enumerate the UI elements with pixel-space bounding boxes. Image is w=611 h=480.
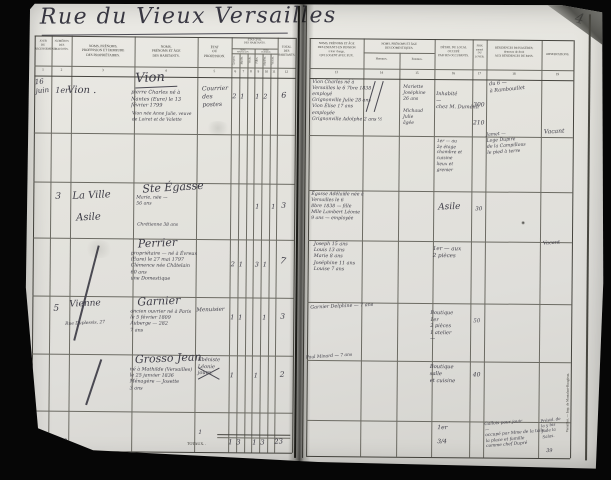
entry-proprietor: Rue Duplessis, 27 [65,320,105,327]
col-header-dom-hommes: Hommes. [364,57,400,61]
totals-sum: 23 [274,437,284,447]
col-header-veuves: Veuves. [271,55,274,67]
count-m: 2 [232,92,236,100]
totals-label: TOTAUX. . [187,441,217,446]
entry-servants-f: Michaud Julie âgée [403,109,423,127]
entry-rent: 210 [473,119,485,127]
grid-line-v [244,53,248,452]
col-header-etat-civil: ÉTAT CIVIL DES HABITANTS. [232,38,278,45]
entry-occupant-name: Perrier [138,236,178,252]
col-number: 17 [472,71,486,76]
ink-flourish [85,359,102,405]
count-f: 1 [255,202,259,210]
count-m: 1 [240,92,244,100]
col-number: 14 [363,70,399,75]
count-total: 3 [281,201,286,211]
entry-proprietor: Asile [76,210,101,224]
col-header-profession: ÉTAT OU PROFESSION. [198,45,232,59]
count-f: 1 [254,371,258,379]
entry-occupant-name: Vion [135,70,165,88]
col-number: 11 [270,70,277,74]
entry-profession: Courrier des postes [202,85,229,109]
col-header-jour: JOUR DU RECENSEMENT. [35,40,52,51]
col-number: 6 [231,69,239,73]
entry-occupant-details: Marie, née — 56 ans [136,195,167,207]
grid-line-h [307,360,571,363]
count-m: 1 [239,260,243,268]
entry-observation: Vacant [543,240,561,248]
col-number: 19 [541,72,573,77]
count-total: 3 [280,312,285,322]
col-header-veufs: Veufs. [248,54,251,66]
entry-occupant-details: Vion née Anne Julie, veuve de Loiret et … [132,111,191,123]
count-f: 1 [271,203,275,211]
entry-servants-f: Mariette Joséphine 26 ans [403,85,425,103]
entry-rent: 300 [473,101,485,109]
entry-occupant-name: Grosso Jean [135,350,202,367]
count-f: 2 [263,93,267,101]
col-number: 1 [34,68,51,73]
col-header-prix-loyer: PRIX annuel DU LOYER. [473,44,487,58]
entry-local: Asile [438,202,461,214]
grid-line-v [68,36,73,451]
col-header-proprietaires: NOMS, PRÉNOMS, PROFESSION ET DEMEURE DES… [72,44,135,58]
col-header-dom-femmes: Femmes. [400,58,435,62]
entry-observation: Vacant [544,128,565,137]
col-header-enfants: NOMS, PRÉNOMS ET ÂGE DES ENFANTS EN PENS… [310,42,364,58]
totals-value: 3 [236,438,241,447]
entry-local: 1er — au 2e étage chambre et cuisine lie… [437,139,463,174]
entry-residence: Jamet — Loge Dupire de la Campillous le … [486,131,526,157]
entry-observation: Présid. de la y bis Jude la Salas. [540,416,563,439]
totals-value: 1 [252,438,257,447]
col-number: 18 [486,71,541,76]
entry-local: Boutique salle et cuisine [430,364,456,384]
entry-local: Boutique 1er 2 pièces 1 atelier — [430,310,453,343]
col-number: 2 [51,68,71,73]
entry-occupant-details: pierre Charles né à Nantes (Eure) le 13 … [131,89,181,109]
grid-line-v [194,37,199,452]
col-header-observations: OBSERVATIONS. [542,52,574,56]
count-total: 6 [281,91,286,101]
col-header-filles: Filles. [255,54,258,66]
entry-house-number: 3 [55,192,61,204]
grid-line-v [538,40,543,458]
entry-house-number: 5 [53,304,59,316]
entry-proprietor: Vion . [67,84,96,97]
count-f: 3 [255,260,259,268]
col-header-mariees: Mariées. [263,55,266,67]
stray-mark: 1 [198,429,202,437]
grid-line-h [309,135,573,138]
grid-line-v [48,36,53,451]
paper-spread: Rue du Vieux Versailles 4 JOUR DU R [22,0,608,471]
count-f: 1 [263,261,267,269]
grid-line-v [396,53,401,457]
entry-date: 16 juin [34,77,49,96]
col-number: 9 [254,69,262,73]
col-header-sexe-masculin: SEXE MASCULIN. [232,49,255,54]
col-header-detail-local: DÉTAIL DU LOCAL OCCUPÉ PAR SES OCCUPANTS… [435,46,473,58]
col-number: 15 [399,71,434,76]
col-header-numeros: NUMÉROS DES MAISONS. [52,40,72,51]
grid-line-h [31,411,292,414]
grid-line-v [259,54,263,453]
count-total: 7 [279,256,287,269]
col-header-residences: RÉSIDENCES PASSAGÈRES; demeure de droit … [487,46,542,58]
footer-label: Pour. [34,443,54,448]
entry-local: 1er — aux 2 pièces [433,246,461,261]
grid-line-h [34,133,295,136]
footer-hand-note: 14e [54,436,68,446]
grid-line-v [236,53,240,452]
col-number: 13 [309,70,363,75]
col-number: 8 [247,69,254,73]
entry-profession: Menuisier [196,307,224,315]
grid-line-v [274,38,279,453]
entry-occupant-details: né à Mathilde (Versailles) le 25 janvier… [130,367,192,392]
count-f: 1 [255,92,259,100]
totals-value: 1 [228,438,233,447]
entry-local: 1er [437,424,447,432]
col-number: 5 [197,69,231,74]
entry-rent: 50 [473,318,480,325]
grid-line-v [31,36,36,451]
entry-occupant-details: propriétaire — né à Évreux (Eure) le 27 … [131,251,198,283]
count-f: 1 [262,314,266,322]
col-header-domestiques: NOMS, PRÉNOMS ET ÂGE DES DOMESTIQUES. [364,42,435,50]
entry-children: Égasse Adélaïde née à Versailles le 6 8b… [311,192,364,222]
smudge [84,240,114,258]
entry-children: Garnier Delphine — 7 ans [310,303,373,312]
printer-imprint: Versailles. — Imp. de Montalant-Bougleux… [565,350,570,432]
page-edge-line [585,14,590,460]
count-m: 2 [231,260,235,268]
entry-proprietor: La Ville [72,188,111,203]
smudge [205,121,231,135]
col-header-garcons: Garçons. [232,54,235,66]
col-number: 10 [262,70,270,74]
count-m: 1 [230,313,234,321]
grid-line-h [31,451,292,454]
entry-occupant-details: Chrétienne 38 ans [137,222,178,228]
count-m: 1 [238,313,242,321]
entry-residence: du 6 — à Rambouillet [489,78,525,94]
count-m: 1 [230,371,234,379]
entry-occupant-name: Garnier [137,294,181,310]
page-corner-fold [546,4,608,49]
scanned-register-page: Rue du Vieux Versailles 4 JOUR DU R [0,0,611,480]
grid-line-h [306,456,570,459]
grid-line-v [570,40,575,458]
col-header-habitants: NOMS, PRÉNOMS ET ÂGE DES HABITANTS. [135,44,198,58]
totals-value: 3 [260,439,265,448]
col-number: 3 [71,68,134,73]
col-number: 7 [239,69,247,73]
count-total: 2 [280,370,285,380]
entry-occupant-details: ancien ouvrier né à Paris le 5 février 1… [130,309,191,334]
entry-rent: 40 [473,371,481,379]
col-number: 16 [434,71,472,76]
binding-shadow [288,2,314,468]
entry-local: 3/4 [437,438,447,446]
col-header-sexe-feminin: SEXE FÉMININ. [255,49,278,54]
entry-rent: 30 [475,206,482,213]
grid-line-v [251,48,256,452]
grid-line-v [267,54,271,453]
entry-proprietor: Vienne [69,298,101,311]
entry-occupant-name: Ste Égasse [142,179,204,197]
entry-observation-number: 39 [546,448,552,455]
entry-residence: Gallois pour jouir — occupé par Mme de l… [484,417,546,449]
entry-children: Joseph 15 ans Louis 13 ans Marie 8 ans J… [314,242,356,274]
col-header-maries: Mariés. [240,54,243,66]
ink-spot [521,221,525,225]
